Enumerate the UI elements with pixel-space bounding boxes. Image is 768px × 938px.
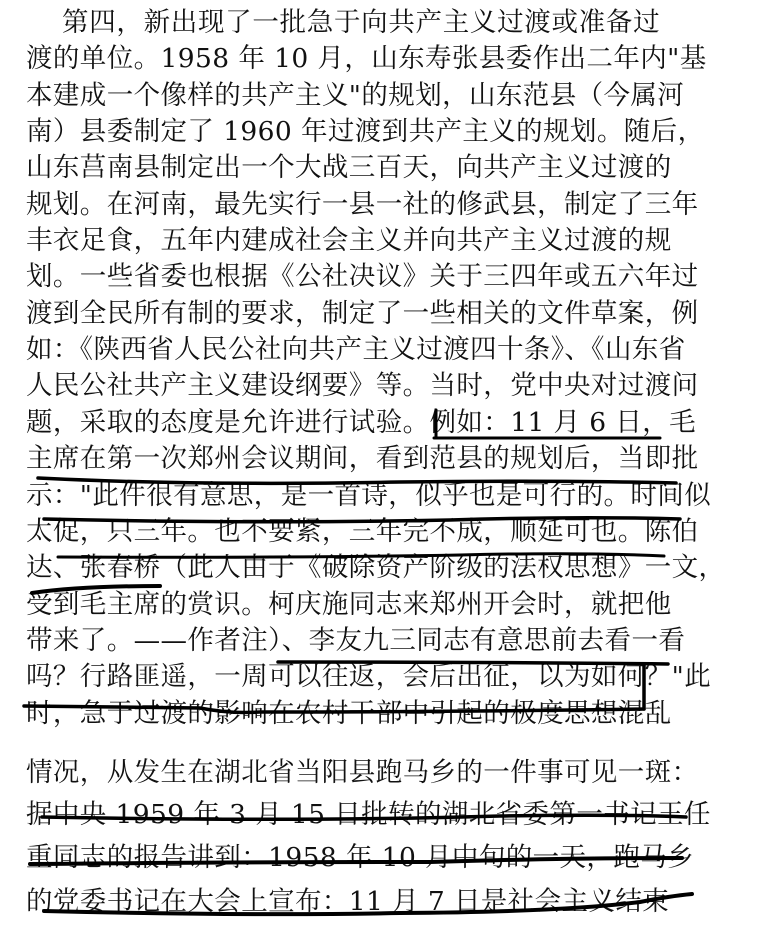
text-line-4: 南）县委制定了 1960 年过渡到共产主义的规划。随后， [26,112,660,152]
text-line-2: 渡的单位。1958 年 10 月，山东寿张县委作出二年内"基 [26,39,660,79]
text-line-11: 人民公社共产主义建设纲要》等。当时，党中央对过渡问 [26,366,660,406]
text-line-14: 示："此件很有意思，是一首诗，似乎也是可行的。时间似 [26,476,660,516]
text-line-1: 第四，新出现了一批急于向共产主义过渡或准备过 [62,3,660,43]
text-line-21: 情况，从发生在湖北省当阳县跑马乡的一件事可见一斑： [26,753,660,793]
scanned-book-page: 第四，新出现了一批急于向共产主义过渡或准备过 渡的单位。1958 年 10 月，… [0,0,768,938]
text-line-24: 的党委书记在大会上宣布：11 月 7 日是社会主义结束 [26,882,660,922]
text-line-18: 带来了。——作者注）、李友九三同志有意思前去看一看 [26,621,660,661]
text-line-3: 本建成一个像样的共产主义"的规划，山东范县（今属河 [26,76,660,116]
text-line-9: 渡到全民所有制的要求，制定了一些相关的文件草案，例 [26,294,660,334]
text-line-22: 据中央 1959 年 3 月 15 日批转的湖北省委第一书记王任 [26,795,660,835]
text-line-5: 山东莒南县制定出一个大战三百天，向共产主义过渡的 [26,148,660,188]
text-line-15: 太促，只三年。也不要紧，三年完不成，顺延可也。陈伯 [26,512,660,552]
text-line-8: 划。一些省委也根据《公社决议》关于三四年或五六年过 [26,257,660,297]
text-line-12: 题，采取的态度是允许进行试验。例如：11 月 6 日，毛 [26,403,660,443]
text-line-20: 时，急于过渡的影响在农村干部中引起的极度思想混乱 [26,694,660,734]
text-line-7: 丰衣足食，五年内建成社会主义并向共产主义过渡的规 [26,221,660,261]
text-line-17: 受到毛主席的赏识。柯庆施同志来郑州开会时，就把他 [26,585,660,625]
text-line-23: 重同志的报告讲到：1958 年 10 月中旬的一天，跑马乡 [26,838,660,878]
text-line-10: 如：《陕西省人民公社向共产主义过渡四十条》、《山东省 [26,330,660,370]
text-line-19: 吗？行路匪遥，一周可以往返，会后出征，以为如何？"此 [26,657,660,697]
text-line-13: 主席在第一次郑州会议期间，看到范县的规划后，当即批 [26,439,660,479]
text-line-6: 规划。在河南，最先实行一县一社的修武县，制定了三年 [26,185,660,225]
text-line-16: 达、张春桥（此人由于《破除资产阶级的法权思想》一文， [26,548,660,588]
